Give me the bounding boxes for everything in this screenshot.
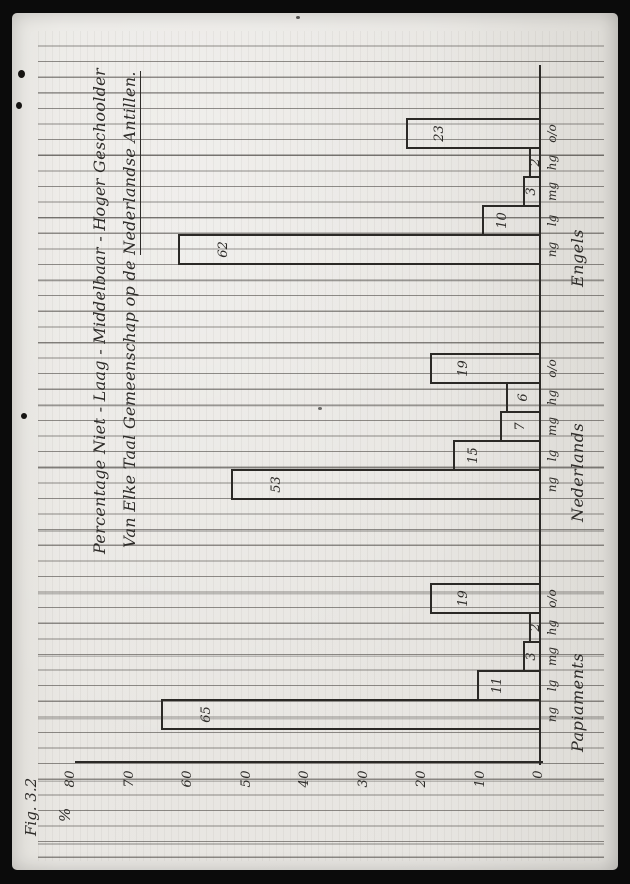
- bar-value-label: 7: [513, 413, 528, 440]
- category-label-ng: ng: [545, 234, 559, 265]
- category-label-lg: lg: [545, 670, 559, 701]
- category-label-hg: hg: [545, 382, 559, 413]
- chart-title-line-2-prefix: Van Elke Taal Gemeenschap op de: [120, 255, 139, 548]
- bar-nederlands-oo: 19: [430, 353, 541, 384]
- bar-papiaments-hg: 2: [529, 612, 541, 643]
- y-tick-label-50: 50: [239, 770, 254, 810]
- bar-value-label: 11: [490, 672, 505, 699]
- category-label-ng: ng: [545, 469, 559, 500]
- y-axis-line: [75, 761, 543, 763]
- chart-title-line-1: Percentage Niet - Laag - Middelbaar - Ho…: [90, 68, 109, 554]
- bar-engels-hg: 2: [529, 147, 541, 178]
- bar-nederlands-hg: 6: [506, 382, 541, 413]
- bar-nederlands-mg: 7: [500, 411, 541, 442]
- bar-value-label: 15: [466, 442, 481, 469]
- bar-papiaments-ng: 65: [161, 699, 541, 730]
- bar-value-label: 6: [516, 384, 531, 411]
- figure-number-label: Fig. 3.2: [22, 756, 40, 836]
- y-tick-label-60: 60: [180, 770, 195, 810]
- bar-engels-mg: 3: [523, 176, 541, 207]
- category-label-lg: lg: [545, 440, 559, 471]
- category-label-mg: mg: [545, 641, 559, 672]
- category-label-mg: mg: [545, 411, 559, 442]
- bar-papiaments-mg: 3: [523, 641, 541, 672]
- bar-value-label: 65: [199, 701, 214, 728]
- group-label-papiaments: Papiaments: [568, 592, 587, 752]
- chart-title-line-2: Van Elke Taal Gemeenschap op de Nederlan…: [120, 71, 139, 548]
- bar-engels-lg: 10: [482, 205, 541, 236]
- bar-value-label: 2: [528, 614, 543, 641]
- group-label-engels: Engels: [568, 127, 587, 287]
- bar-value-label: 3: [524, 178, 539, 205]
- y-tick-label-40: 40: [297, 770, 312, 810]
- bar-papiaments-oo: 19: [430, 583, 541, 614]
- bar-value-label: 2: [528, 149, 543, 176]
- category-label-ng: ng: [545, 699, 559, 730]
- category-label-oo: o/o: [545, 583, 559, 614]
- bar-value-label: 19: [456, 355, 471, 382]
- category-label-mg: mg: [545, 176, 559, 207]
- scan-speck: [296, 16, 300, 19]
- bar-value-label: 62: [216, 236, 231, 263]
- bar-nederlands-ng: 53: [231, 469, 541, 500]
- bar-value-label: 23: [432, 120, 447, 147]
- scanned-page: Fig. 3.2 % Percentage Niet - Laag - Midd…: [0, 0, 630, 884]
- y-tick-label-10: 10: [473, 770, 488, 810]
- y-tick-label-70: 70: [122, 770, 137, 810]
- y-tick-label-30: 30: [356, 770, 371, 810]
- bar-papiaments-lg: 11: [477, 670, 541, 701]
- category-label-hg: hg: [545, 612, 559, 643]
- category-label-hg: hg: [545, 147, 559, 178]
- bar-nederlands-lg: 15: [453, 440, 541, 471]
- y-tick-label-20: 20: [414, 770, 429, 810]
- bar-value-label: 19: [456, 585, 471, 612]
- bar-engels-oo: 23: [406, 118, 541, 149]
- category-label-oo: o/o: [545, 118, 559, 149]
- bar-value-label: 3: [524, 643, 539, 670]
- y-tick-label-0: 0: [531, 770, 546, 810]
- chart-title-underlined-part: Nederlandse Antillen.: [120, 71, 141, 255]
- group-label-nederlands: Nederlands: [568, 362, 587, 522]
- bar-chart-rotated: Fig. 3.2 % Percentage Niet - Laag - Midd…: [20, 50, 610, 810]
- bar-value-label: 10: [495, 207, 510, 234]
- category-label-lg: lg: [545, 205, 559, 236]
- y-tick-label-80: 80: [63, 770, 78, 810]
- category-label-oo: o/o: [545, 353, 559, 384]
- bar-value-label: 53: [269, 471, 284, 498]
- bar-engels-ng: 62: [178, 234, 541, 265]
